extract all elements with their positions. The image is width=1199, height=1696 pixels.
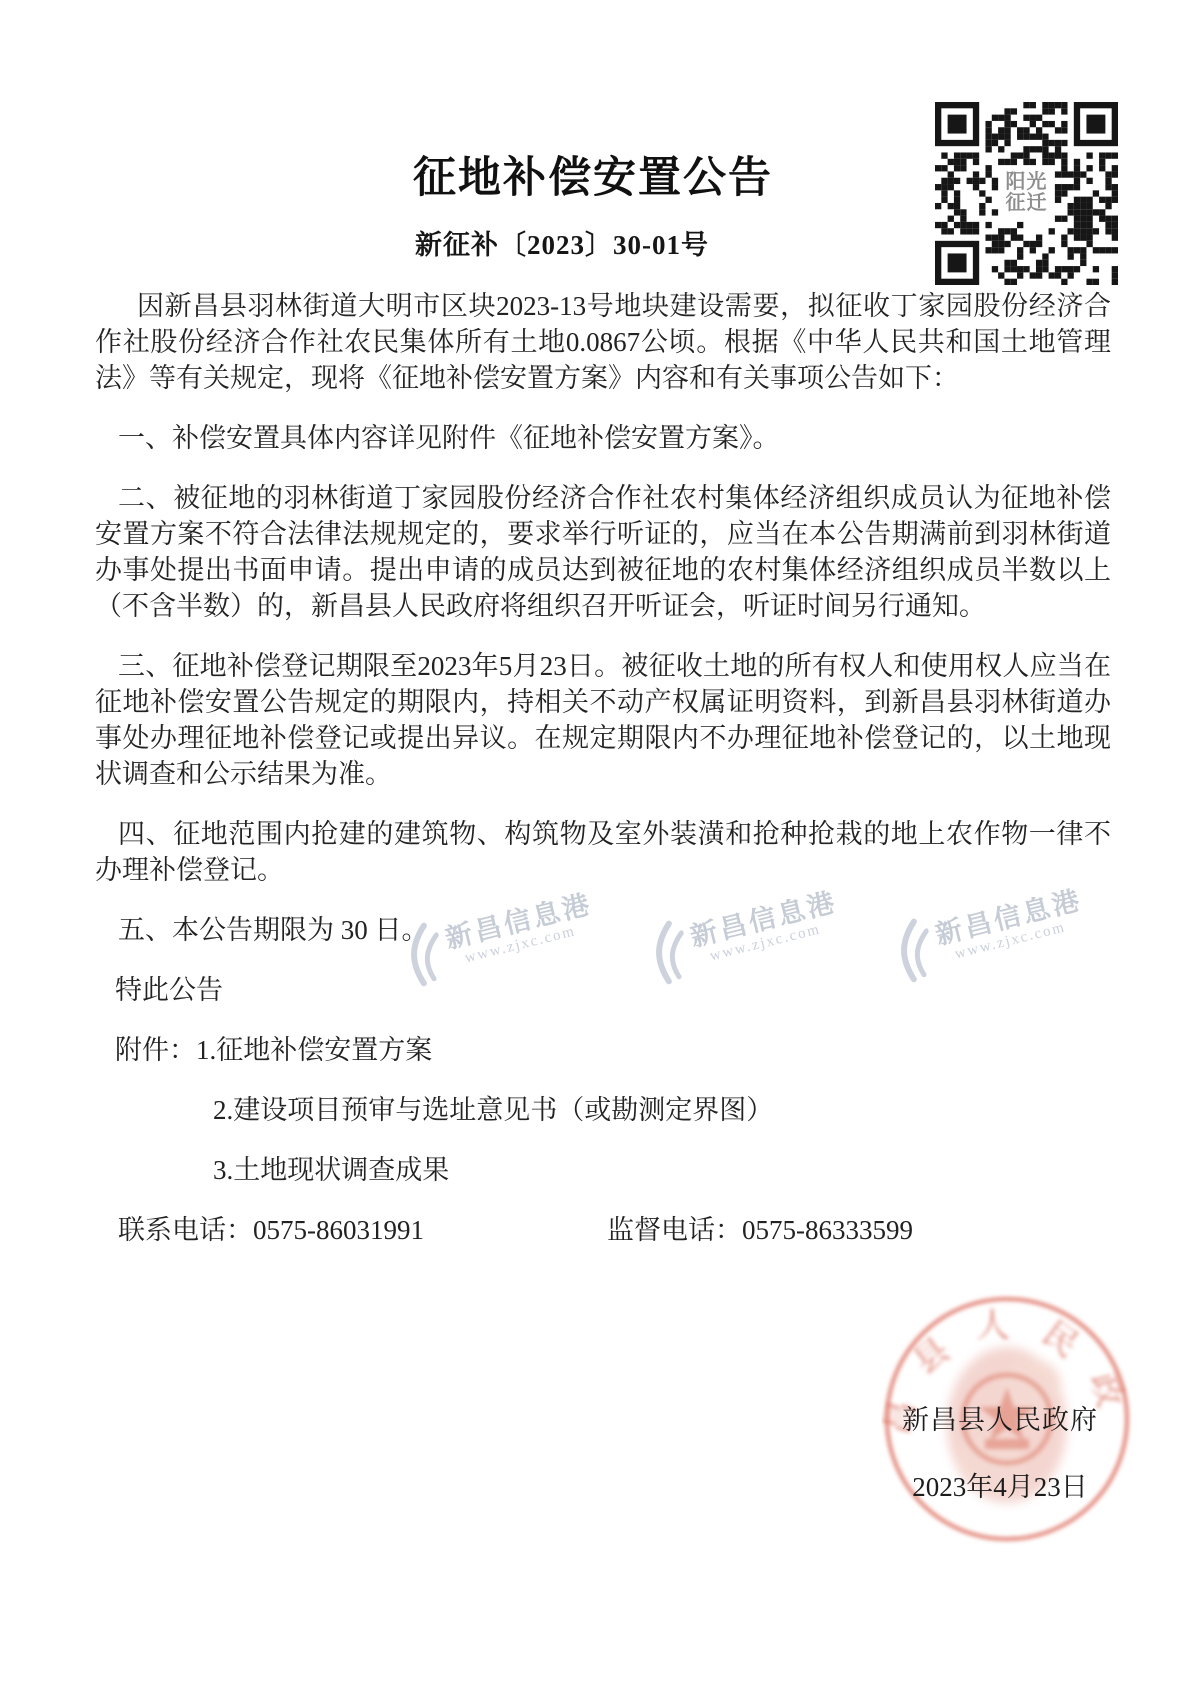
paragraph-item-1: 一、补偿安置具体内容详见附件《征地补偿安置方案》。 [95,420,1111,456]
qr-center-label: 阳光 征迁 [1002,170,1052,216]
attachments-item-1: 附件：1.征地补偿安置方案 [95,1032,1111,1068]
attachments-item-2: 2.建设项目预审与选址意见书（或勘测定界图） [213,1092,1111,1128]
paragraph-intro: 因新昌县羽林街道大明市区块2023-13号地块建设需要，拟征收丁家园股份经济合作… [95,288,1111,396]
paragraph-item-3: 三、征地补偿登记期限至2023年5月23日。被征收土地的所有权人和使用权人应当在… [95,648,1111,792]
signature-block: 新昌县人民政府 2023年4月23日 [845,1398,1155,1504]
paragraph-item-2: 二、被征地的羽林街道丁家园股份经济合作社农村集体经济组织成员认为征地补偿安置方案… [95,480,1111,624]
signature-date: 2023年4月23日 [845,1465,1155,1504]
contact-phone: 联系电话：0575-86031991 [118,1212,424,1248]
document-page: 征地补偿安置公告 新征补〔2023〕30-01号 阳光 征迁 新昌信息港 www… [0,0,1199,1696]
closing-statement: 特此公告 [95,972,1111,1008]
signature-org: 新昌县人民政府 [845,1398,1155,1437]
qr-code: 阳光 征迁 [935,100,1118,286]
paragraph-item-4: 四、征地范围内抢建的建筑物、构筑物及室外装潢和抢种抢栽的地上农作物一律不办理补偿… [95,816,1111,888]
supervision-phone: 监督电话：0575-86333599 [607,1212,913,1248]
qr-center-label-line2: 征迁 [1006,193,1048,214]
phone-row: 联系电话：0575-86031991 监督电话：0575-86333599 [95,1212,1111,1248]
paragraph-item-5: 五、本公告期限为 30 日。 [95,912,1111,948]
attachments-item-3: 3.土地现状调查成果 [213,1152,1111,1188]
qr-center-label-line1: 阳光 [1006,172,1048,193]
announcement-body: 因新昌县羽林街道大明市区块2023-13号地块建设需要，拟征收丁家园股份经济合作… [95,288,1111,1248]
